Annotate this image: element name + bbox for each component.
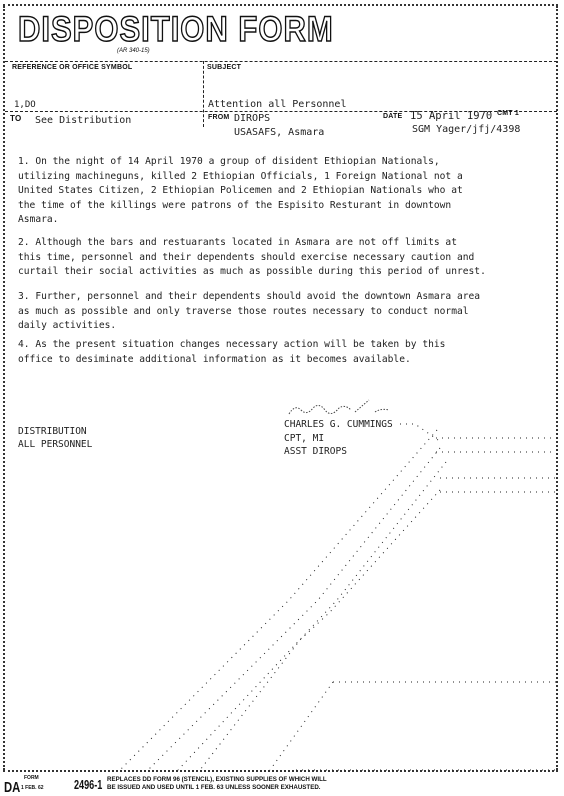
footer-da: DA (4, 779, 20, 796)
disposition-form-page: DISPOSITION FORM (AR 340-15) REFERENCE O… (0, 0, 564, 796)
footer-form-date: 1 FEB. 62 (21, 785, 44, 791)
dotted-routing-lines (0, 0, 564, 796)
footer-form-word: FORM (24, 775, 39, 781)
footer-form-number: 2496-1 (74, 777, 102, 792)
footer-replacement-note: REPLACES DD FORM 96 (STENCIL), EXISTING … (107, 776, 327, 792)
form-footer: DA FORM 1 FEB. 62 2496-1 REPLACES DD FOR… (4, 774, 560, 796)
